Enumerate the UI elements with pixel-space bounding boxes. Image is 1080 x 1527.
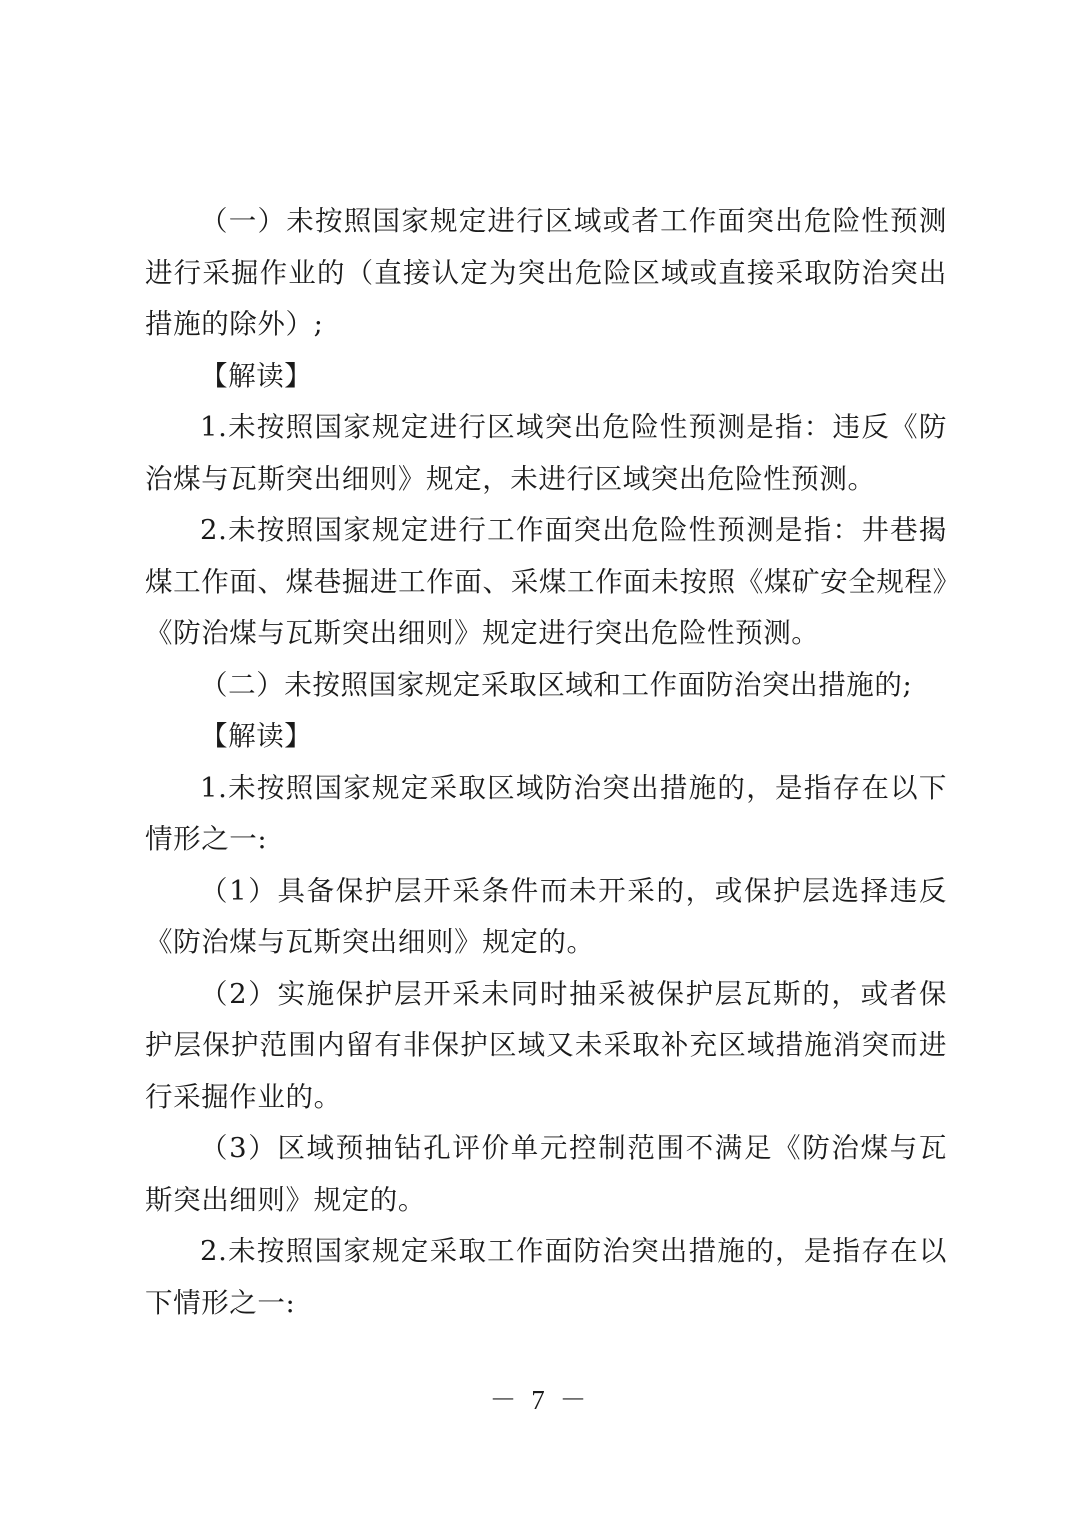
interpretation-item-2-2: 2.未按照国家规定采取工作面防治突出措施的，是指存在以下情形之一: <box>145 1226 947 1329</box>
interpretation-item-1-1: 1.未按照国家规定进行区域突出危险性预测是指：违反《防治煤与瓦斯突出细则》规定，… <box>145 402 947 505</box>
document-body: （一）未按照国家规定进行区域或者工作面突出危险性预测进行采掘作业的（直接认定为突… <box>145 196 947 1329</box>
sub-item-2: （2）实施保护层开采未同时抽采被保护层瓦斯的，或者保护层保护范围内留有非保护区域… <box>145 969 947 1124</box>
clause-2-paragraph: （二）未按照国家规定采取区域和工作面防治突出措施的; <box>145 660 947 712</box>
interpretation-item-1-2: 2.未按照国家规定进行工作面突出危险性预测是指：井巷揭煤工作面、煤巷掘进工作面、… <box>145 505 947 660</box>
sub-item-1: （1）具备保护层开采条件而未开采的，或保护层选择违反《防治煤与瓦斯突出细则》规定… <box>145 866 947 969</box>
page-number: － 7 － <box>0 1378 1080 1417</box>
clause-1-paragraph: （一）未按照国家规定进行区域或者工作面突出危险性预测进行采掘作业的（直接认定为突… <box>145 196 947 351</box>
interpretation-item-2-1: 1.未按照国家规定采取区域防治突出措施的，是指存在以下情形之一: <box>145 763 947 866</box>
interpretation-heading-2: 【解读】 <box>145 711 947 763</box>
sub-item-3: （3）区域预抽钻孔评价单元控制范围不满足《防治煤与瓦斯突出细则》规定的。 <box>145 1123 947 1226</box>
interpretation-heading-1: 【解读】 <box>145 351 947 403</box>
